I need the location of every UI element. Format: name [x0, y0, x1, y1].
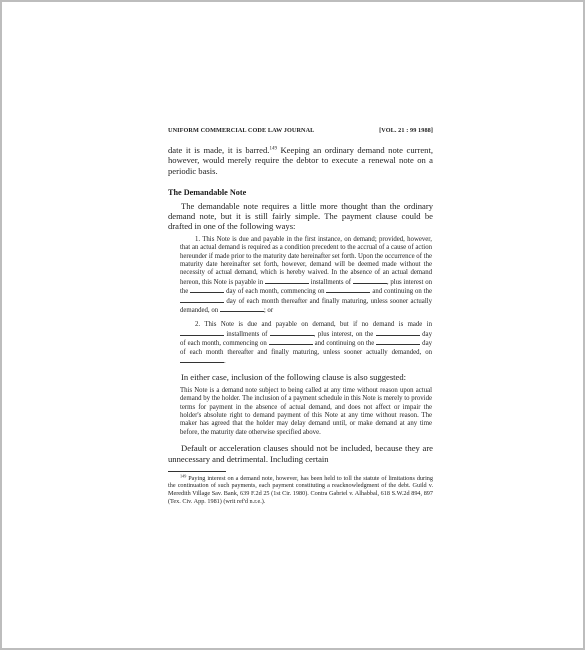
footnote-ref[interactable]: 149: [269, 147, 277, 152]
document-page: UNIFORM COMMERCIAL CODE LAW JOURNAL [VOL…: [168, 127, 433, 505]
clause-1: 1. This Note is due and payable in the f…: [168, 236, 433, 316]
blank-field: [353, 278, 387, 284]
running-head: UNIFORM COMMERCIAL CODE LAW JOURNAL [VOL…: [168, 127, 433, 135]
blank-field: [376, 330, 420, 336]
blank-field: [190, 287, 224, 293]
blank-field: [180, 330, 224, 336]
footnote-149: 149 Paying interest on a demand note, ho…: [168, 475, 433, 505]
either-case-paragraph: In either case, inclusion of the followi…: [168, 372, 433, 382]
blank-field: [270, 330, 314, 336]
suggested-clause: This Note is a demand note subject to be…: [168, 387, 433, 437]
blank-field: [376, 339, 420, 345]
opening-paragraph: date it is made, it is barred.149 Keepin…: [168, 145, 433, 176]
journal-title: UNIFORM COMMERCIAL CODE LAW JOURNAL: [168, 127, 314, 135]
blank-field: [265, 278, 309, 284]
blank-field: [180, 297, 224, 303]
default-paragraph: Default or acceleration clauses should n…: [168, 443, 433, 464]
blank-field: [180, 357, 224, 363]
clause-2: 2. This Note is due and payable on deman…: [168, 321, 433, 366]
blank-field: [269, 339, 313, 345]
section-heading: The Demandable Note: [168, 188, 433, 198]
section-intro: The demandable note requires a little mo…: [168, 201, 433, 232]
footnote-divider: [168, 471, 226, 472]
volume-citation: [VOL. 21 : 99 1988]: [379, 127, 433, 135]
blank-field: [326, 287, 370, 293]
blank-field: [220, 306, 264, 312]
